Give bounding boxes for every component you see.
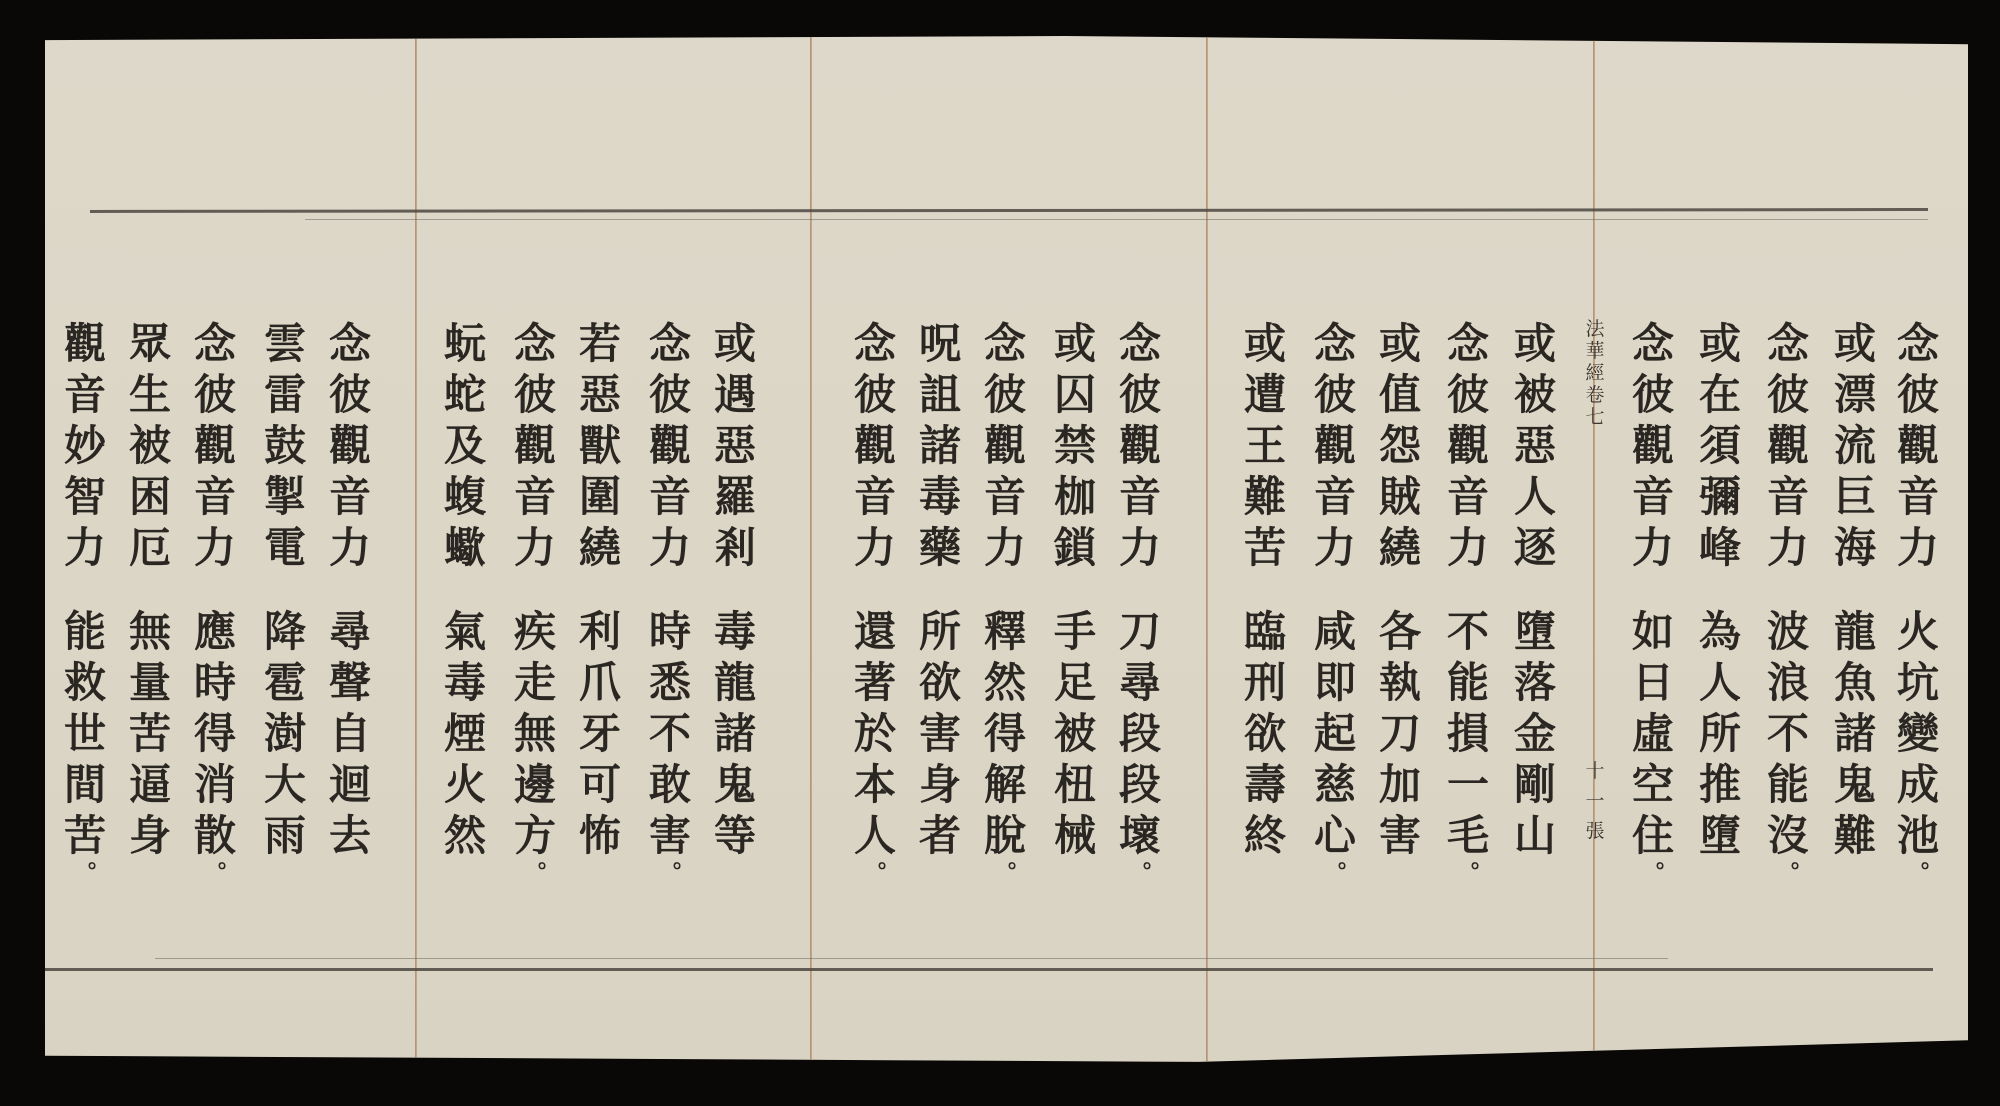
- verse-column-top: 念彼觀音力: [510, 318, 560, 573]
- glyph: 惡: [710, 420, 760, 471]
- glyph: 欲: [915, 657, 965, 708]
- glyph: 彼: [645, 369, 695, 420]
- glyph: 變: [1893, 708, 1943, 759]
- glyph: 悉: [645, 657, 695, 708]
- glyph: 念: [510, 318, 560, 369]
- glyph: 惡: [1510, 420, 1560, 471]
- glyph: 彼: [850, 369, 900, 420]
- glyph: 。: [1893, 853, 1943, 867]
- glyph: 諸: [710, 708, 760, 759]
- glyph: 墮: [1510, 606, 1560, 657]
- verse-column-top: 或囚禁枷鎖: [1050, 318, 1100, 573]
- glyph: 諸: [1830, 708, 1880, 759]
- verse-column-top: 念彼觀音力: [980, 318, 1030, 573]
- glyph: 執: [1375, 657, 1425, 708]
- glyph: 音: [1115, 471, 1165, 522]
- glyph: 能: [60, 606, 110, 657]
- glyph: 力: [1628, 522, 1678, 573]
- glyph: 彼: [325, 369, 375, 420]
- glyph: 觀: [190, 420, 240, 471]
- glyph: 得: [980, 708, 1030, 759]
- glyph: 段: [1115, 759, 1165, 810]
- glyph: 念: [325, 318, 375, 369]
- glyph: 音: [190, 471, 240, 522]
- verse-column-bottom: 尋聲自迴去: [325, 606, 375, 861]
- verse-column-top: 或值怨賊繞: [1375, 318, 1425, 573]
- glyph: 消: [190, 759, 240, 810]
- glyph: 念: [645, 318, 695, 369]
- glyph: 難: [1830, 810, 1880, 861]
- glyph: 流: [1830, 420, 1880, 471]
- glyph: 毒: [915, 471, 965, 522]
- glyph: 彼: [1893, 369, 1943, 420]
- verse-column-top: 念彼觀音力: [850, 318, 900, 573]
- glyph: 力: [1763, 522, 1813, 573]
- verse-column-bottom: 刀尋段段壞。: [1115, 606, 1165, 867]
- glyph: 智: [60, 471, 110, 522]
- glyph: 觀: [325, 420, 375, 471]
- glyph: 漂: [1830, 369, 1880, 420]
- glyph: 氣: [440, 606, 490, 657]
- glyph: 煙: [440, 708, 490, 759]
- glyph: 能: [1443, 657, 1493, 708]
- glyph: 尋: [325, 606, 375, 657]
- glyph: 觀: [60, 318, 110, 369]
- glyph: 起: [1310, 708, 1360, 759]
- glyph: 著: [850, 657, 900, 708]
- glyph: 不: [1763, 708, 1813, 759]
- glyph: 觀: [1893, 420, 1943, 471]
- glyph: 時: [645, 606, 695, 657]
- glyph: 可: [575, 759, 625, 810]
- glyph: 為: [1695, 606, 1745, 657]
- glyph: 音: [510, 471, 560, 522]
- verse-column-top: 觀音妙智力: [60, 318, 110, 573]
- glyph: 蝮: [440, 471, 490, 522]
- verse-column-top: 念彼觀音力: [325, 318, 375, 573]
- verse-column-bottom: 能救世間苦。: [60, 606, 110, 867]
- glyph: 觀: [980, 420, 1030, 471]
- fold-line-4: [1593, 36, 1595, 1066]
- verse-column-bottom: 毒龍諸鬼等: [710, 606, 760, 861]
- glyph: 牙: [575, 708, 625, 759]
- glyph: 或: [1510, 318, 1560, 369]
- glyph: 呪: [915, 318, 965, 369]
- glyph: 及: [440, 420, 490, 471]
- glyph: 觀: [1443, 420, 1493, 471]
- verse-column-bottom: 臨刑欲壽終: [1240, 606, 1290, 861]
- verse-column-top: 或遭王難苦: [1240, 318, 1290, 573]
- glyph: 雷: [260, 369, 310, 420]
- glyph: 剎: [710, 522, 760, 573]
- verse-column-bottom: 利爪牙可怖: [575, 606, 625, 861]
- glyph: 壽: [1240, 759, 1290, 810]
- glyph: 在: [1695, 369, 1745, 420]
- glyph: 刀: [1115, 606, 1165, 657]
- glyph: 應: [190, 606, 240, 657]
- glyph: 彼: [1443, 369, 1493, 420]
- verse-column-top: 念彼觀音力: [1893, 318, 1943, 573]
- glyph: 觀: [1763, 420, 1813, 471]
- verse-column-bottom: 不能損一毛。: [1443, 606, 1493, 867]
- glyph: 。: [1443, 853, 1493, 867]
- glyph: 鬼: [1830, 759, 1880, 810]
- glyph: 爪: [575, 657, 625, 708]
- glyph: 音: [1893, 471, 1943, 522]
- glyph: 怨: [1375, 420, 1425, 471]
- glyph: 被: [125, 420, 175, 471]
- glyph: 。: [510, 853, 560, 867]
- glyph: 掣: [260, 471, 310, 522]
- glyph: 雨: [260, 810, 310, 861]
- glyph: 自: [325, 708, 375, 759]
- glyph: 念: [1443, 318, 1493, 369]
- verse-column-bottom: 墮落金剛山: [1510, 606, 1560, 861]
- glyph: 量: [125, 657, 175, 708]
- glyph: 力: [1115, 522, 1165, 573]
- glyph: 鬼: [710, 759, 760, 810]
- glyph: 等: [710, 810, 760, 861]
- glyph: 賊: [1375, 471, 1425, 522]
- glyph: 力: [510, 522, 560, 573]
- glyph: 彌: [1695, 471, 1745, 522]
- glyph: 。: [1763, 853, 1813, 867]
- glyph: 聲: [325, 657, 375, 708]
- glyph: 鎖: [1050, 522, 1100, 573]
- glyph: 解: [980, 759, 1030, 810]
- glyph: 杻: [1050, 759, 1100, 810]
- glyph: 欲: [1240, 708, 1290, 759]
- glyph: 坑: [1893, 657, 1943, 708]
- glyph: 不: [645, 708, 695, 759]
- glyph: 龍: [1830, 606, 1880, 657]
- glyph: 力: [980, 522, 1030, 573]
- glyph: 害: [915, 708, 965, 759]
- glyph: 。: [1628, 853, 1678, 867]
- verse-column-top: 或漂流巨海: [1830, 318, 1880, 573]
- verse-column-bottom: 手足被杻械: [1050, 606, 1100, 861]
- bottom-border-rule: [45, 968, 1933, 971]
- glyph: 。: [190, 853, 240, 867]
- verse-column-bottom: 如日虛空住。: [1628, 606, 1678, 867]
- verse-column-bottom: 時悉不敢害。: [645, 606, 695, 867]
- glyph: 間: [60, 759, 110, 810]
- glyph: 人: [1510, 471, 1560, 522]
- glyph: 。: [1310, 853, 1360, 867]
- glyph: 然: [980, 657, 1030, 708]
- glyph: 念: [850, 318, 900, 369]
- verse-column-top: 呪詛諸毒藥: [915, 318, 965, 573]
- glyph: 若: [575, 318, 625, 369]
- glyph: 念: [1763, 318, 1813, 369]
- glyph: 值: [1375, 369, 1425, 420]
- glyph: 即: [1310, 657, 1360, 708]
- glyph: 者: [915, 810, 965, 861]
- glyph: 音: [1310, 471, 1360, 522]
- glyph: 降: [260, 606, 310, 657]
- glyph: 詛: [915, 369, 965, 420]
- glyph: 空: [1628, 759, 1678, 810]
- glyph: 所: [915, 606, 965, 657]
- glyph: 念: [1628, 318, 1678, 369]
- glyph: 苦: [125, 708, 175, 759]
- glyph: 疾: [510, 606, 560, 657]
- verse-column-top: 蚖蛇及蝮蠍: [440, 318, 490, 573]
- glyph: 雹: [260, 657, 310, 708]
- glyph: 身: [125, 810, 175, 861]
- glyph: 日: [1628, 657, 1678, 708]
- glyph: 力: [1893, 522, 1943, 573]
- glyph: 世: [60, 708, 110, 759]
- glyph: 落: [1510, 657, 1560, 708]
- glyph: 力: [325, 522, 375, 573]
- verse-column-top: 眾生被困厄: [125, 318, 175, 573]
- glyph: 邊: [510, 759, 560, 810]
- glyph: 各: [1375, 606, 1425, 657]
- glyph: 或: [1050, 318, 1100, 369]
- fold-line-1: [415, 36, 417, 1066]
- glyph: 。: [850, 853, 900, 867]
- glyph: 觀: [645, 420, 695, 471]
- glyph: 彼: [1115, 369, 1165, 420]
- glyph: 音: [1443, 471, 1493, 522]
- fold-line-2: [810, 36, 812, 1066]
- glyph: 難: [1240, 471, 1290, 522]
- glyph: 妙: [60, 420, 110, 471]
- glyph: 生: [125, 369, 175, 420]
- verse-column-bottom: 波浪不能沒。: [1763, 606, 1813, 867]
- glyph: 觀: [510, 420, 560, 471]
- glyph: 鼓: [260, 420, 310, 471]
- glyph: 如: [1628, 606, 1678, 657]
- verse-column-bottom: 為人所推墮: [1695, 606, 1745, 861]
- glyph: 力: [60, 522, 110, 573]
- glyph: 繞: [575, 522, 625, 573]
- verse-column-bottom: 釋然得解脫。: [980, 606, 1030, 867]
- glyph: 音: [60, 369, 110, 420]
- verse-column-bottom: 所欲害身者: [915, 606, 965, 861]
- fold-line-3: [1206, 36, 1208, 1066]
- glyph: 力: [190, 522, 240, 573]
- glyph: 厄: [125, 522, 175, 573]
- glyph: 觀: [1310, 420, 1360, 471]
- glyph: 峰: [1695, 522, 1745, 573]
- verse-column-top: 念彼觀音力: [1310, 318, 1360, 573]
- glyph: 足: [1050, 657, 1100, 708]
- glyph: 電: [260, 522, 310, 573]
- glyph: 苦: [1240, 522, 1290, 573]
- glyph: 彼: [1310, 369, 1360, 420]
- glyph: 不: [1443, 606, 1493, 657]
- glyph: 圍: [575, 471, 625, 522]
- verse-column-top: 念彼觀音力: [1443, 318, 1493, 573]
- glyph: 念: [980, 318, 1030, 369]
- glyph: 一: [1443, 759, 1493, 810]
- glyph: 手: [1050, 606, 1100, 657]
- glyph: 。: [980, 853, 1030, 867]
- glyph: 損: [1443, 708, 1493, 759]
- glyph: 慈: [1310, 759, 1360, 810]
- glyph: 困: [125, 471, 175, 522]
- glyph: 被: [1510, 369, 1560, 420]
- glyph: 遭: [1240, 369, 1290, 420]
- verse-column-bottom: 各執刀加害: [1375, 606, 1425, 861]
- glyph: 墮: [1695, 810, 1745, 861]
- verse-column-top: 或在須彌峰: [1695, 318, 1745, 573]
- glyph: 禁: [1050, 420, 1100, 471]
- glyph: 加: [1375, 759, 1425, 810]
- glyph: 虛: [1628, 708, 1678, 759]
- glyph: 枷: [1050, 471, 1100, 522]
- verse-column-top: 念彼觀音力: [1763, 318, 1813, 573]
- glyph: 逐: [1510, 522, 1560, 573]
- glyph: 念: [190, 318, 240, 369]
- verse-column-top: 或被惡人逐: [1510, 318, 1560, 573]
- glyph: 力: [645, 522, 695, 573]
- glyph: 迴: [325, 759, 375, 810]
- glyph: 彼: [1763, 369, 1813, 420]
- glyph: 蚖: [440, 318, 490, 369]
- glyph: 剛: [1510, 759, 1560, 810]
- glyph: 利: [575, 606, 625, 657]
- glyph: 羅: [710, 471, 760, 522]
- glyph: 音: [980, 471, 1030, 522]
- glyph: 或: [710, 318, 760, 369]
- glyph: 無: [125, 606, 175, 657]
- glyph: 觀: [1628, 420, 1678, 471]
- verse-column-bottom: 火坑變成池。: [1893, 606, 1943, 867]
- glyph: 火: [440, 759, 490, 810]
- glyph: 浪: [1763, 657, 1813, 708]
- verse-column-top: 雲雷鼓掣電: [260, 318, 310, 573]
- verse-column-bottom: 應時得消散。: [190, 606, 240, 867]
- glyph: 須: [1695, 420, 1745, 471]
- glyph: 澍: [260, 708, 310, 759]
- top-border-rule: [90, 208, 1928, 213]
- glyph: 毒: [440, 657, 490, 708]
- verse-column-bottom: 無量苦逼身: [125, 606, 175, 861]
- glyph: 走: [510, 657, 560, 708]
- glyph: 觀: [850, 420, 900, 471]
- glyph: 刀: [1375, 708, 1425, 759]
- glyph: 囚: [1050, 369, 1100, 420]
- glyph: 怖: [575, 810, 625, 861]
- glyph: 眾: [125, 318, 175, 369]
- glyph: 被: [1050, 708, 1100, 759]
- glyph: 本: [850, 759, 900, 810]
- verse-column-top: 若惡獸圍繞: [575, 318, 625, 573]
- glyph: 推: [1695, 759, 1745, 810]
- glyph: 彼: [1628, 369, 1678, 420]
- glyph: 或: [1375, 318, 1425, 369]
- glyph: 段: [1115, 708, 1165, 759]
- glyph: 於: [850, 708, 900, 759]
- glyph: 去: [325, 810, 375, 861]
- glyph: 雲: [260, 318, 310, 369]
- glyph: 山: [1510, 810, 1560, 861]
- glyph: 無: [510, 708, 560, 759]
- glyph: 音: [1628, 471, 1678, 522]
- glyph: 海: [1830, 522, 1880, 573]
- glyph: 力: [850, 522, 900, 573]
- glyph: 或: [1695, 318, 1745, 369]
- top-inner-rule: [305, 219, 1928, 220]
- glyph: 毒: [710, 606, 760, 657]
- verse-column-top: 念彼觀音力: [645, 318, 695, 573]
- glyph: 。: [60, 853, 110, 867]
- glyph: 念: [1115, 318, 1165, 369]
- glyph: 身: [915, 759, 965, 810]
- glyph: 。: [645, 853, 695, 867]
- glyph: 成: [1893, 759, 1943, 810]
- glyph: 觀: [1115, 420, 1165, 471]
- glyph: 時: [190, 657, 240, 708]
- glyph: 蛇: [440, 369, 490, 420]
- glyph: 諸: [915, 420, 965, 471]
- glyph: 金: [1510, 708, 1560, 759]
- verse-column-top: 念彼觀音力: [1628, 318, 1678, 573]
- glyph: 王: [1240, 420, 1290, 471]
- glyph: 釋: [980, 606, 1030, 657]
- verse-column-top: 或遇惡羅剎: [710, 318, 760, 573]
- verse-column-top: 念彼觀音力: [190, 318, 240, 573]
- glyph: 或: [1830, 318, 1880, 369]
- verse-column-bottom: 氣毒煙火然: [440, 606, 490, 861]
- glyph: 彼: [190, 369, 240, 420]
- glyph: 魚: [1830, 657, 1880, 708]
- glyph: 力: [1310, 522, 1360, 573]
- glyph: 火: [1893, 606, 1943, 657]
- glyph: 繞: [1375, 522, 1425, 573]
- glyph: 藥: [915, 522, 965, 573]
- glyph: 咸: [1310, 606, 1360, 657]
- glyph: 念: [1893, 318, 1943, 369]
- glyph: 音: [1763, 471, 1813, 522]
- verse-column-bottom: 咸即起慈心。: [1310, 606, 1360, 867]
- verse-column-bottom: 龍魚諸鬼難: [1830, 606, 1880, 861]
- glyph: 然: [440, 810, 490, 861]
- glyph: 遇: [710, 369, 760, 420]
- glyph: 能: [1763, 759, 1813, 810]
- glyph: 力: [1443, 522, 1493, 573]
- verse-column-bottom: 疾走無邊方。: [510, 606, 560, 867]
- glyph: 還: [850, 606, 900, 657]
- glyph: 波: [1763, 606, 1813, 657]
- glyph: 。: [1115, 853, 1165, 867]
- glyph: 惡: [575, 369, 625, 420]
- glyph: 所: [1695, 708, 1745, 759]
- glyph: 救: [60, 657, 110, 708]
- glyph: 獸: [575, 420, 625, 471]
- verse-column-top: 念彼觀音力: [1115, 318, 1165, 573]
- verse-column-bottom: 還著於本人。: [850, 606, 900, 867]
- glyph: 害: [1375, 810, 1425, 861]
- glyph: 刑: [1240, 657, 1290, 708]
- verse-column-bottom: 降雹澍大雨: [260, 606, 310, 861]
- glyph: 彼: [980, 369, 1030, 420]
- glyph: 彼: [510, 369, 560, 420]
- glyph: 念: [1310, 318, 1360, 369]
- glyph: 巨: [1830, 471, 1880, 522]
- bottom-inner-rule: [155, 958, 1668, 959]
- margin-title: 法華經卷七: [1584, 318, 1606, 428]
- glyph: 音: [645, 471, 695, 522]
- glyph: 逼: [125, 759, 175, 810]
- glyph: 臨: [1240, 606, 1290, 657]
- glyph: 終: [1240, 810, 1290, 861]
- glyph: 蠍: [440, 522, 490, 573]
- glyph: 龍: [710, 657, 760, 708]
